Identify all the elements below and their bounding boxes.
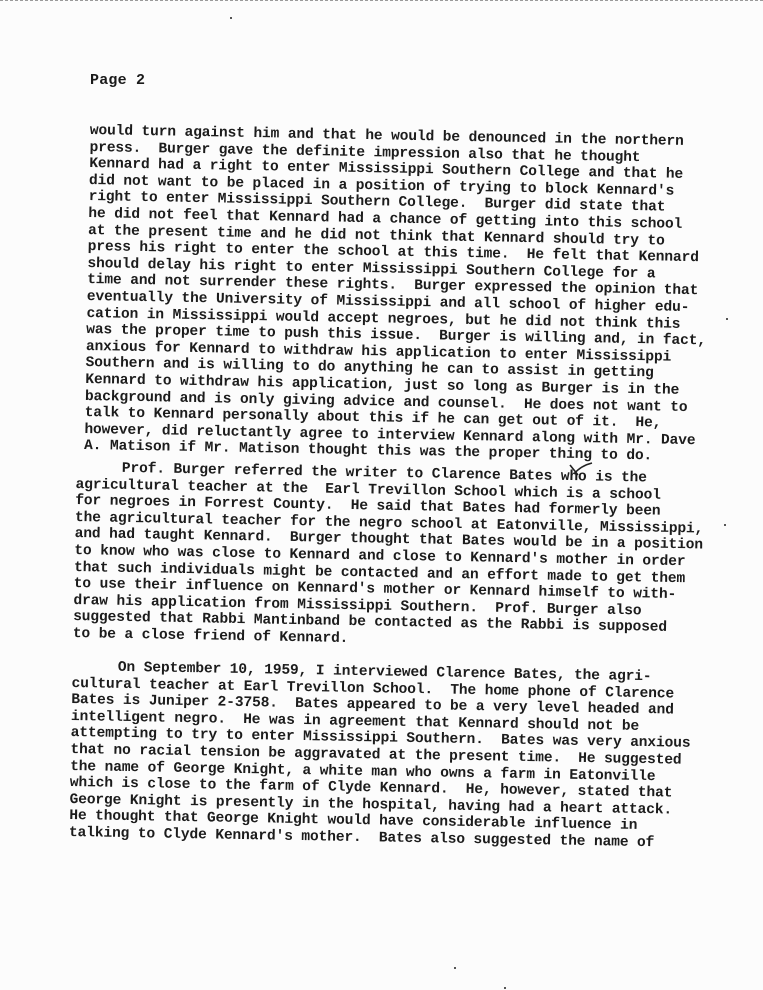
paragraph-1: would turn against him and that he would… [84,123,710,466]
paragraph-3: On September 10, 1959, I interviewed Cla… [69,659,692,852]
scan-speck [724,524,726,526]
scan-speck [230,17,232,19]
scan-speck [504,987,506,989]
scan-speck [726,318,728,320]
scan-speck [454,967,456,969]
paragraph-2: Prof. Burger referred the writer to Clar… [73,460,705,654]
handwritten-check-mark-icon [568,461,594,479]
document-page: Page 2 would turn against him and that h… [0,0,763,990]
page-number: Page 2 [90,72,145,89]
